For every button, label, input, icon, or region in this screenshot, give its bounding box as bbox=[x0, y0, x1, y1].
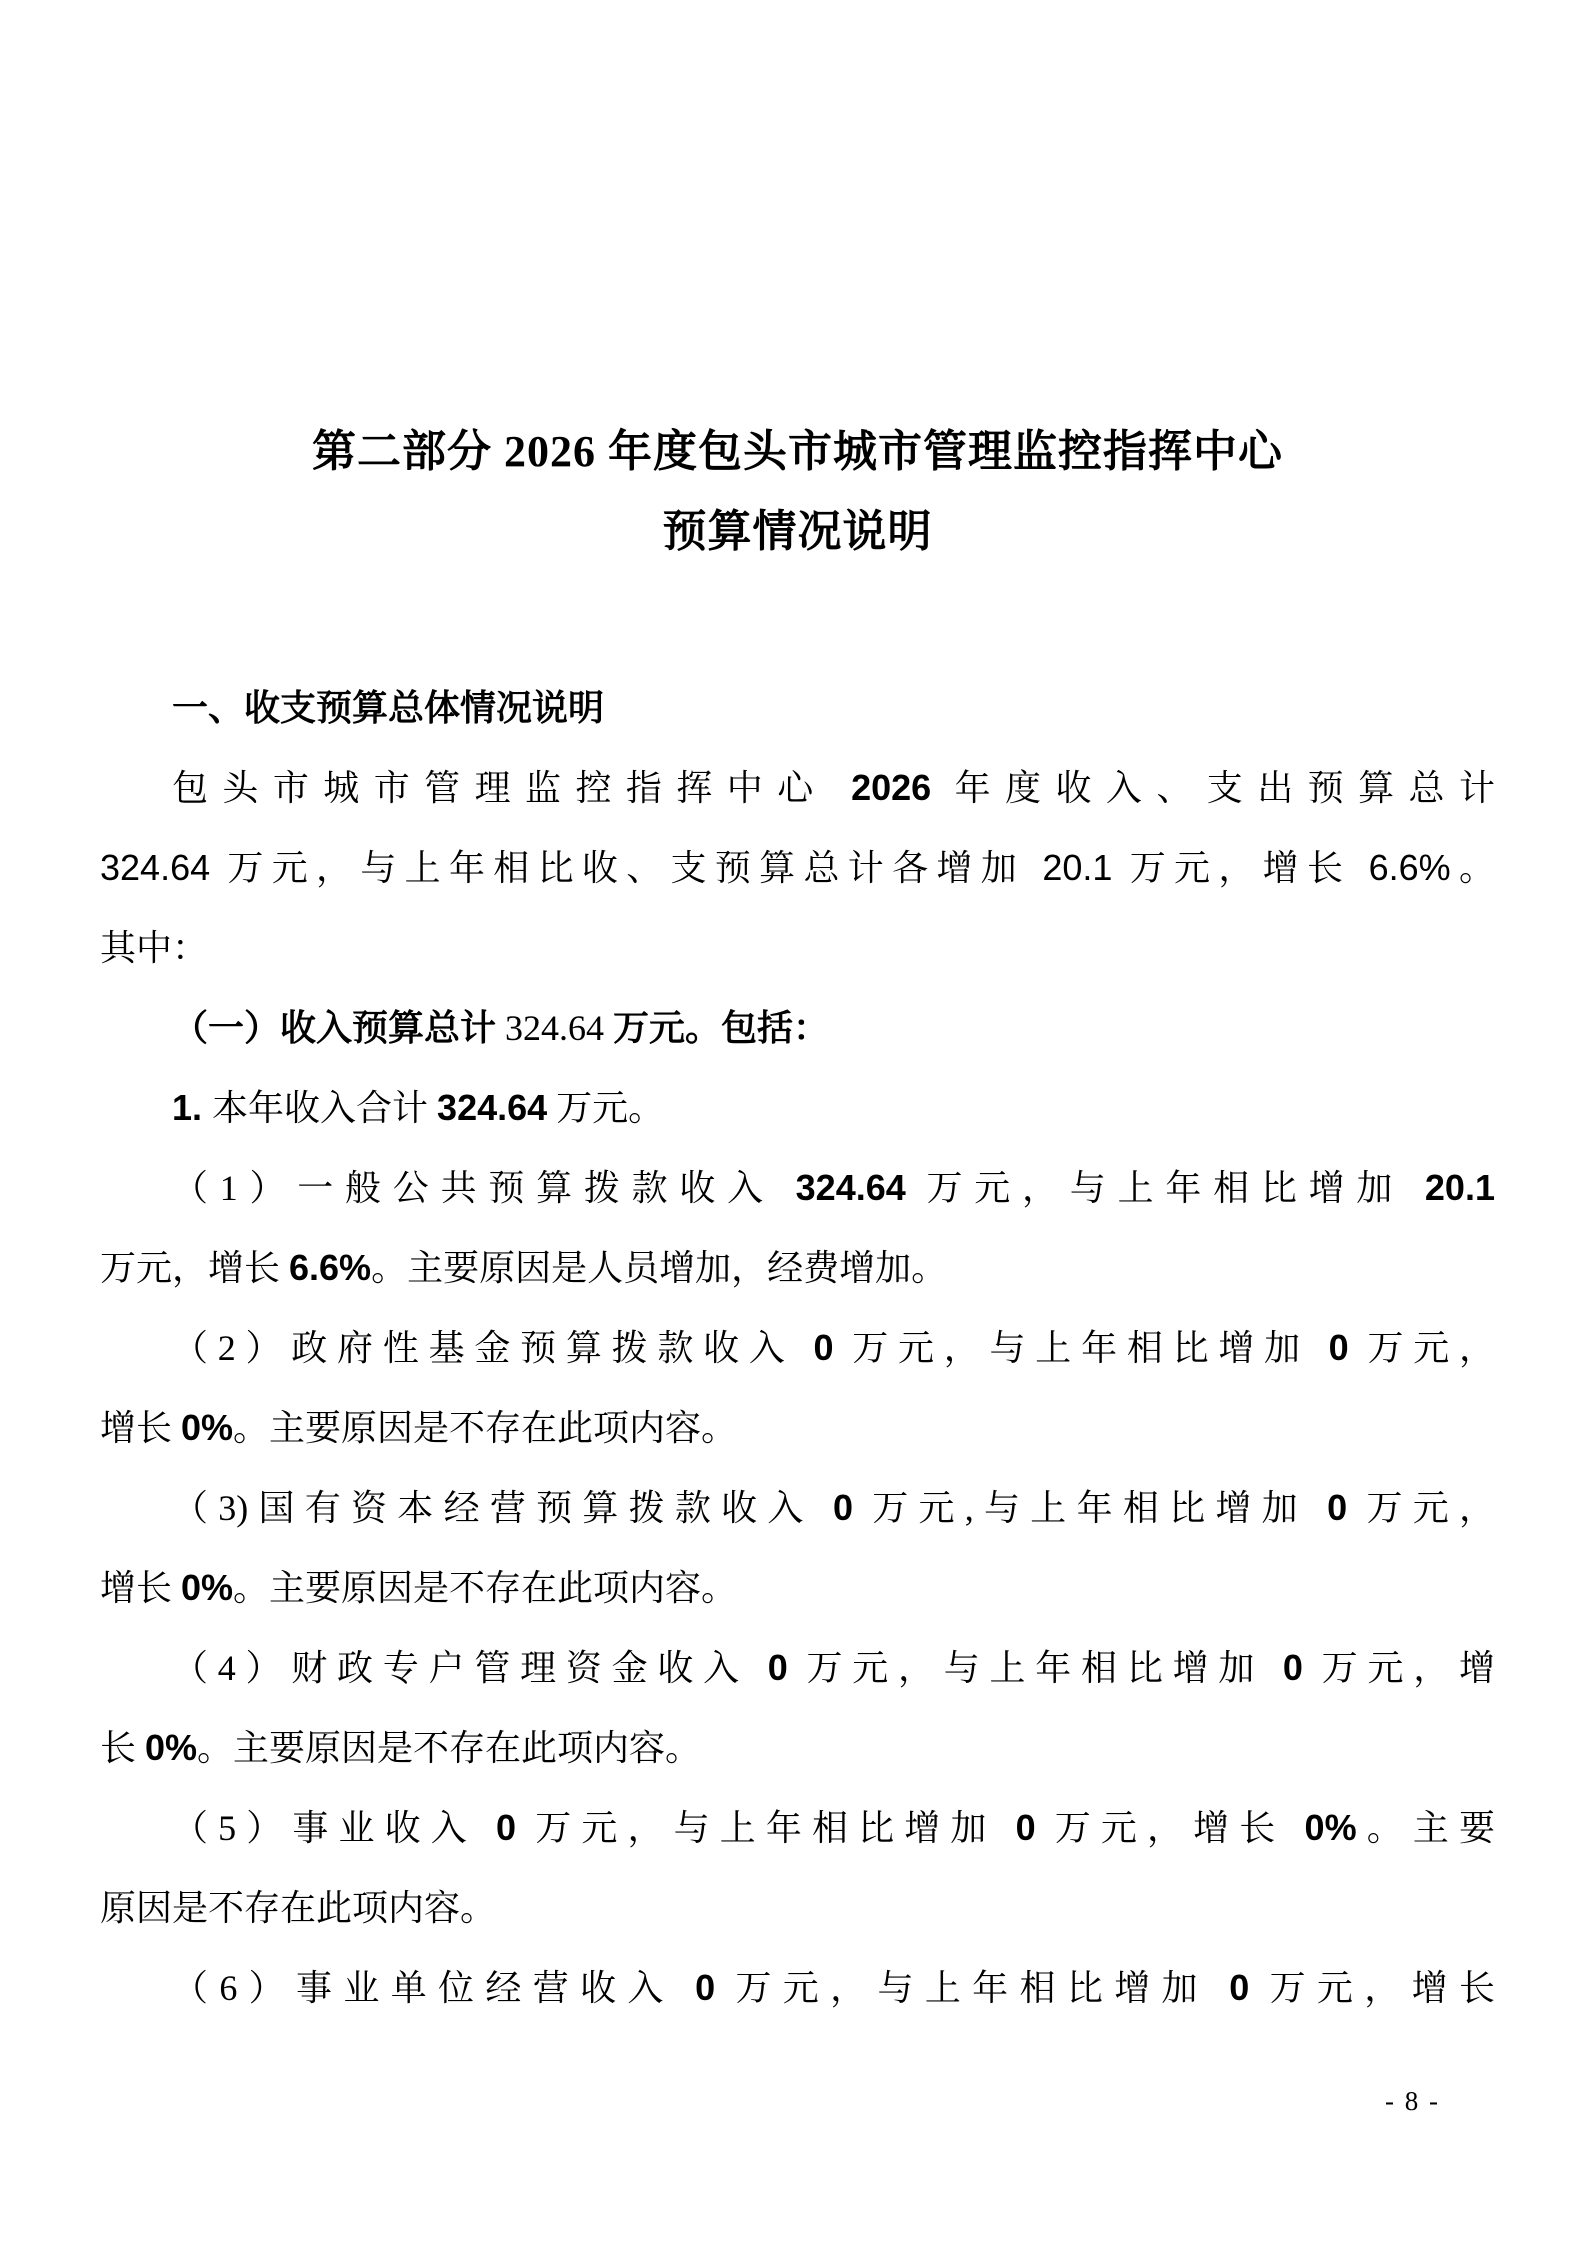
text-run: 万元，与上年相比增加 bbox=[906, 1168, 1425, 1208]
para-item-2-government-fund-line-2: 增长 0%。主要原因是不存在此项内容。 bbox=[100, 1388, 1495, 1468]
para-item-1-general-public-budget-line-1: （1）一般公共预算拨款收入 324.64 万元，与上年相比增加 20.1 bbox=[100, 1148, 1495, 1228]
text-run: 原因是不存在此项内容。 bbox=[100, 1888, 496, 1928]
text-run: 万元，与上年相比增加 bbox=[833, 1328, 1328, 1368]
text-run: 万元，与上年相比增加 bbox=[715, 1968, 1229, 2008]
text-run: 。主要原因是不存在此项内容。 bbox=[197, 1728, 701, 1768]
text-run: 0 bbox=[1327, 1487, 1347, 1528]
para-item-3-state-capital-line-2: 增长 0%。主要原因是不存在此项内容。 bbox=[100, 1548, 1495, 1628]
text-run: 0 bbox=[768, 1647, 788, 1688]
para-item-5-institution-income-line-2: 原因是不存在此项内容。 bbox=[100, 1868, 1495, 1948]
document-body-container: 一、收支预算总体情况说明 包头市城市管理监控指挥中心 2026 年度收入、支出预… bbox=[100, 668, 1495, 2028]
text-run: 0 bbox=[813, 1327, 833, 1368]
text-run: （2）政府性基金预算拨款收入 bbox=[172, 1328, 813, 1368]
text-run: 0% bbox=[181, 1567, 233, 1608]
text-run: 20.1 bbox=[1425, 1167, 1495, 1208]
text-run: 万元， bbox=[1349, 1328, 1495, 1368]
text-run: 万元。包括： bbox=[604, 1008, 829, 1048]
text-run: 324.64 bbox=[796, 1167, 906, 1208]
text-run: 0% bbox=[145, 1727, 197, 1768]
text-run: 。主要 bbox=[1357, 1808, 1495, 1848]
text-run: （一）收入预算总计 bbox=[172, 1008, 505, 1048]
text-run: 年度收入、支出预算总计 bbox=[931, 768, 1495, 808]
text-run: 0 bbox=[1229, 1967, 1249, 2008]
text-run: 万元,与上年相比增加 bbox=[853, 1488, 1327, 1528]
document-body: 包头市城市管理监控指挥中心 2026 年度收入、支出预算总计324.64 万元，… bbox=[100, 748, 1495, 2028]
text-run: 万元，增长 bbox=[1036, 1808, 1305, 1848]
text-run: （5）事业收入 bbox=[172, 1808, 496, 1848]
document-page: 第二部分 2026 年度包头市城市管理监控指挥中心 预算情况说明 一、收支预算总… bbox=[0, 0, 1588, 2245]
text-run: 0 bbox=[1329, 1327, 1349, 1368]
para-income-total-line-1: （一）收入预算总计 324.64 万元。包括： bbox=[100, 988, 1495, 1068]
text-run: 6.6% bbox=[289, 1247, 371, 1288]
text-run: 万元，增长 bbox=[1249, 1968, 1495, 2008]
document-title-line2: 预算情况说明 bbox=[100, 492, 1495, 572]
text-run: 0 bbox=[833, 1487, 853, 1528]
text-run: 万元，增 bbox=[1303, 1648, 1495, 1688]
text-run: 1. bbox=[172, 1087, 212, 1128]
para-item-2-government-fund-line-1: （2）政府性基金预算拨款收入 0 万元，与上年相比增加 0 万元， bbox=[100, 1308, 1495, 1388]
text-run: （3)国有资本经营预算拨款收入 bbox=[172, 1488, 833, 1528]
text-run: 324.64 bbox=[437, 1087, 547, 1128]
text-run: 0 bbox=[1283, 1647, 1303, 1688]
text-run: 万元。 bbox=[547, 1088, 664, 1128]
text-run: （1）一般公共预算拨款收入 bbox=[172, 1168, 796, 1208]
text-run: 2026 bbox=[851, 767, 931, 808]
text-run: 0 bbox=[496, 1807, 516, 1848]
para-overview-line-1: 包头市城市管理监控指挥中心 2026 年度收入、支出预算总计 bbox=[100, 748, 1495, 828]
text-run: 。主要原因是不存在此项内容。 bbox=[233, 1568, 737, 1608]
text-run: 万元，与上年相比增加 bbox=[516, 1808, 1016, 1848]
text-run: （6）事业单位经营收入 bbox=[172, 1968, 695, 2008]
text-run: 20.1 bbox=[1042, 847, 1112, 888]
text-run: 0 bbox=[1016, 1807, 1036, 1848]
para-item-1-general-public-budget-line-2: 万元，增长 6.6%。主要原因是人员增加，经费增加。 bbox=[100, 1228, 1495, 1308]
para-item-4-fiscal-special-account-line-1: （4）财政专户管理资金收入 0 万元，与上年相比增加 0 万元，增 bbox=[100, 1628, 1495, 1708]
text-run: 0% bbox=[1305, 1807, 1357, 1848]
text-run: 万元，增长 bbox=[1112, 848, 1368, 888]
text-run: 。主要原因是人员增加，经费增加。 bbox=[371, 1248, 947, 1288]
text-run: 包头市城市管理监控指挥中心 bbox=[172, 768, 851, 808]
text-run: 长 bbox=[100, 1728, 145, 1768]
para-overview-line-2: 324.64 万元，与上年相比收、支预算总计各增加 20.1 万元，增长 6.6… bbox=[100, 828, 1495, 908]
text-run: 6.6% bbox=[1369, 847, 1451, 888]
document-title-line1: 第二部分 2026 年度包头市城市管理监控指挥中心 bbox=[100, 412, 1495, 492]
text-run: 增长 bbox=[100, 1568, 181, 1608]
text-run: 。主要原因是不存在此项内容。 bbox=[233, 1408, 737, 1448]
text-run: 增长 bbox=[100, 1408, 181, 1448]
text-run: （4）财政专户管理资金收入 bbox=[172, 1648, 768, 1688]
text-run: 万元，增长 bbox=[100, 1248, 289, 1288]
page-number: - 8 - bbox=[1385, 2086, 1440, 2117]
text-run: 万元，与上年相比增加 bbox=[788, 1648, 1283, 1688]
para-item-4-fiscal-special-account-line-2: 长 0%。主要原因是不存在此项内容。 bbox=[100, 1708, 1495, 1788]
section-heading: 一、收支预算总体情况说明 bbox=[100, 668, 1495, 748]
para-item-5-institution-income-line-1: （5）事业收入 0 万元，与上年相比增加 0 万元，增长 0%。主要 bbox=[100, 1788, 1495, 1868]
text-run: 万元，与上年相比收、支预算总计各增加 bbox=[210, 848, 1042, 888]
para-item-6-institution-operating-income-line-1: （6）事业单位经营收入 0 万元，与上年相比增加 0 万元，增长 bbox=[100, 1948, 1495, 2028]
text-run: 324.64 bbox=[100, 847, 210, 888]
text-run: 其中： bbox=[100, 928, 208, 968]
document-title: 第二部分 2026 年度包头市城市管理监控指挥中心 预算情况说明 bbox=[100, 412, 1495, 572]
para-overview-line-3: 其中： bbox=[100, 908, 1495, 988]
text-run: 324.64 bbox=[505, 1008, 604, 1048]
para-current-year-income-line-1: 1. 本年收入合计 324.64 万元。 bbox=[100, 1068, 1495, 1148]
text-run: 0% bbox=[181, 1407, 233, 1448]
text-run: 0 bbox=[695, 1967, 715, 2008]
text-run: 本年收入合计 bbox=[212, 1088, 437, 1128]
para-item-3-state-capital-line-1: （3)国有资本经营预算拨款收入 0 万元,与上年相比增加 0 万元， bbox=[100, 1468, 1495, 1548]
text-run: 万元， bbox=[1347, 1488, 1495, 1528]
text-run: 。 bbox=[1451, 848, 1495, 888]
